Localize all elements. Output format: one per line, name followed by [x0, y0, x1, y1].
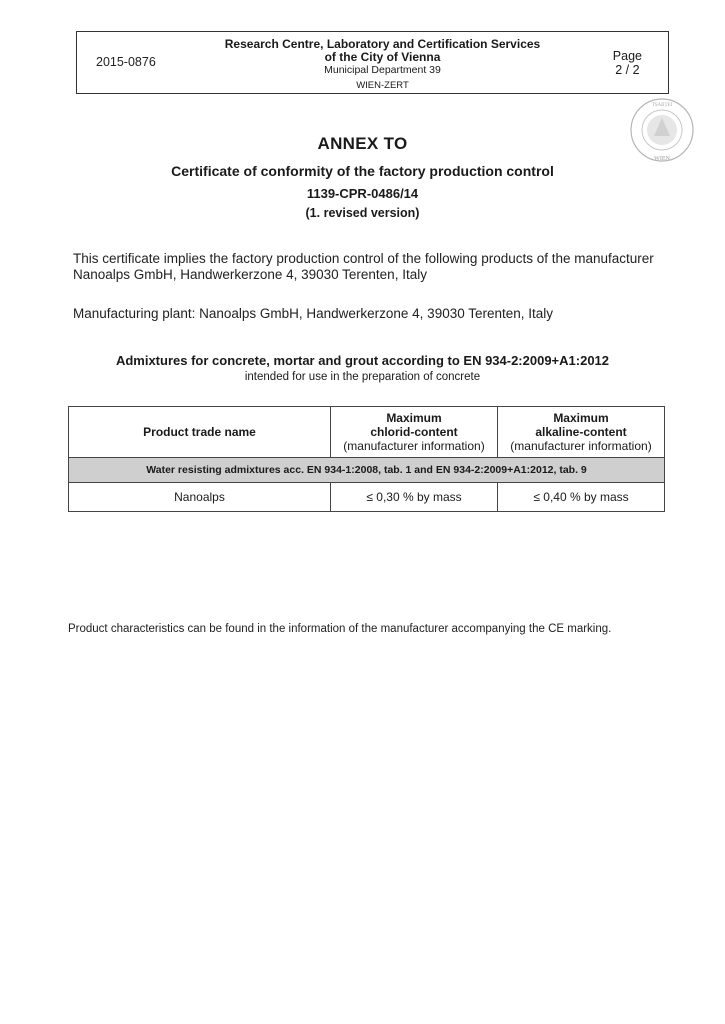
issuer-department: Municipal Department 39	[187, 64, 578, 77]
footnote: Product characteristics can be found in …	[68, 623, 708, 635]
issuer-line-2: of the City of Vienna	[187, 51, 578, 64]
document-id: 2015-0876	[96, 55, 156, 69]
section-subtitle: intended for use in the preparation of c…	[0, 371, 725, 383]
col-header-alkaline: Maximum alkaline-content (manufacturer i…	[498, 407, 665, 458]
col-header-chloride: Maximum chlorid-content (manufacturer in…	[331, 407, 498, 458]
annex-heading: ANNEX TO	[0, 134, 725, 154]
table-row: Nanoalps ≤ 0,30 % by mass ≤ 0,40 % by ma…	[69, 483, 665, 512]
svg-text:TSABTEI: TSABTEI	[652, 103, 673, 108]
manufacturing-plant: Manufacturing plant: Nanoalps GmbH, Hand…	[73, 306, 683, 322]
cell-product: Nanoalps	[69, 483, 331, 512]
page-label: Page	[613, 49, 642, 63]
group-label: Water resisting admixtures acc. EN 934-1…	[69, 458, 665, 483]
issuer-block: Research Centre, Laboratory and Certific…	[187, 38, 578, 92]
certificate-number: 1139-CPR-0486/14	[0, 186, 725, 201]
table-header-row: Product trade name Maximum chlorid-conte…	[69, 407, 665, 458]
annex-title-block: ANNEX TO Certificate of conformity of th…	[0, 134, 725, 220]
issuer-unit: WIEN-ZERT	[187, 79, 578, 92]
product-table: Product trade name Maximum chlorid-conte…	[68, 406, 665, 512]
section-title: Admixtures for concrete, mortar and grou…	[0, 353, 725, 368]
cell-chloride: ≤ 0,30 % by mass	[331, 483, 498, 512]
page-number: 2 / 2	[613, 63, 642, 77]
product-section-heading: Admixtures for concrete, mortar and grou…	[0, 353, 725, 383]
page-indicator: Page 2 / 2	[613, 49, 642, 77]
intro-paragraph: This certificate implies the factory pro…	[73, 251, 683, 283]
table-group-row: Water resisting admixtures acc. EN 934-1…	[69, 458, 665, 483]
cell-alkaline: ≤ 0,40 % by mass	[498, 483, 665, 512]
revision-note: (1. revised version)	[0, 206, 725, 220]
certificate-title: Certificate of conformity of the factory…	[0, 163, 725, 179]
document-header: 2015-0876 Research Centre, Laboratory an…	[76, 31, 669, 94]
col-header-product: Product trade name	[69, 407, 331, 458]
